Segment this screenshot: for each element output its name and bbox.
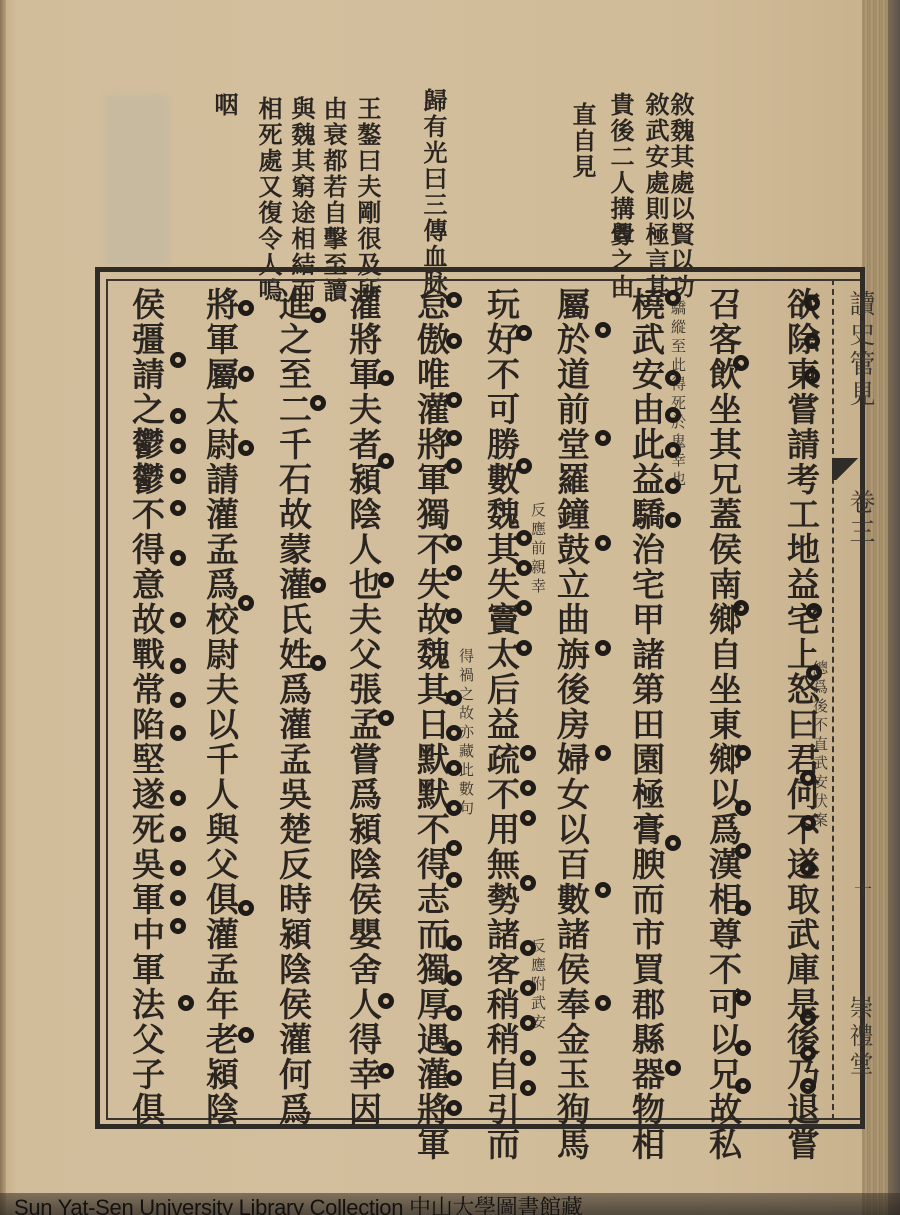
emphasis-circle-mark <box>170 658 186 674</box>
emphasis-circle-mark <box>170 918 186 934</box>
emphasis-circle-mark <box>446 1005 462 1021</box>
emphasis-circle-mark <box>446 430 462 446</box>
emphasis-circle-mark <box>446 565 462 581</box>
main-text-column: 灌將軍夫者潁陰人也夫父張孟嘗爲潁陰侯嬰舍人得幸因 <box>345 287 381 1117</box>
emphasis-circle-mark <box>665 1060 681 1076</box>
emphasis-circle-mark <box>446 872 462 888</box>
emphasis-circle-mark <box>170 468 186 484</box>
emphasis-circle-mark <box>800 1045 816 1061</box>
banxin-volume: 卷三 <box>842 488 879 548</box>
emphasis-circle-mark <box>800 1010 816 1026</box>
emphasis-circle-mark <box>170 826 186 842</box>
emphasis-circle-mark <box>516 458 532 474</box>
emphasis-circle-mark <box>800 860 816 876</box>
emphasis-circle-mark <box>735 800 751 816</box>
emphasis-circle-mark <box>446 690 462 706</box>
emphasis-circle-mark <box>446 1100 462 1116</box>
emphasis-circle-mark <box>804 333 820 349</box>
emphasis-circle-mark <box>170 550 186 566</box>
emphasis-circle-mark <box>446 840 462 856</box>
emphasis-circle-mark <box>378 1063 394 1079</box>
emphasis-circle-mark <box>170 860 186 876</box>
interlinear-note: 反應前親幸 <box>530 502 546 597</box>
emphasis-circle-mark <box>520 940 536 956</box>
main-text-column: 將軍屬太尉請灌孟爲校尉夫以千人與父俱灌孟年老潁陰 <box>202 287 238 1117</box>
emphasis-circle-mark <box>516 640 532 656</box>
emphasis-circle-mark <box>665 442 681 458</box>
emphasis-circle-mark <box>310 307 326 323</box>
emphasis-circle-mark <box>446 1040 462 1056</box>
emphasis-circle-mark <box>378 453 394 469</box>
emphasis-circle-mark <box>238 900 254 916</box>
emphasis-circle-mark <box>735 1040 751 1056</box>
emphasis-circle-mark <box>595 430 611 446</box>
library-watermark: Sun Yat-Sen University Library Collectio… <box>14 1191 583 1215</box>
emphasis-circle-mark <box>516 325 532 341</box>
emphasis-circle-mark <box>516 560 532 576</box>
emphasis-circle-mark <box>595 322 611 338</box>
emphasis-circle-mark <box>806 603 822 619</box>
emphasis-circle-mark <box>733 355 749 371</box>
emphasis-circle-mark <box>804 295 820 311</box>
emphasis-circle-mark <box>310 395 326 411</box>
emphasis-circle-mark <box>595 640 611 656</box>
emphasis-circle-mark <box>520 810 536 826</box>
emphasis-circle-mark <box>520 875 536 891</box>
emphasis-circle-mark <box>378 370 394 386</box>
emphasis-circle-mark <box>446 333 462 349</box>
emphasis-circle-mark <box>178 995 194 1011</box>
emphasis-circle-mark <box>735 843 751 859</box>
upper-annotation: 咽 <box>212 92 236 118</box>
emphasis-circle-mark <box>378 572 394 588</box>
emphasis-circle-mark <box>310 655 326 671</box>
emphasis-circle-mark <box>800 1078 816 1094</box>
emphasis-circle-mark <box>733 600 749 616</box>
emphasis-circle-mark <box>595 995 611 1011</box>
main-text-column: 屬於道前堂羅鐘鼓立曲旃後房婦女以百數諸侯奉金玉狗馬 <box>553 287 589 1117</box>
bleed-through-stain <box>105 95 170 265</box>
emphasis-circle-mark <box>595 535 611 551</box>
emphasis-circle-mark <box>735 745 751 761</box>
main-text-column: 橈武安由此益驕治宅甲諸第田園極膏腴而市買郡縣器物相 <box>628 287 664 1117</box>
emphasis-circle-mark <box>665 290 681 306</box>
emphasis-circle-mark <box>446 760 462 776</box>
emphasis-circle-mark <box>170 352 186 368</box>
emphasis-circle-mark <box>170 692 186 708</box>
main-text-column: 進之至二千石故蒙灌氏姓爲灌孟吳楚反時潁陰侯灌何爲 <box>275 287 311 1117</box>
emphasis-circle-mark <box>520 780 536 796</box>
upper-annotation: 歸有光曰三傳血脉 <box>421 88 445 296</box>
emphasis-circle-mark <box>378 993 394 1009</box>
emphasis-circle-mark <box>238 440 254 456</box>
emphasis-circle-mark <box>310 577 326 593</box>
banxin-publisher: 崇禮堂 <box>842 995 877 1079</box>
interlinear-note: 總爲後不直武安伏案 <box>812 660 828 831</box>
emphasis-circle-mark <box>804 368 820 384</box>
emphasis-circle-mark <box>446 392 462 408</box>
main-text-column: 侯彊請之鬱鬱不得意故戰常陷堅遂死吳軍中軍法父子俱 <box>128 287 164 1117</box>
emphasis-circle-mark <box>735 990 751 1006</box>
emphasis-circle-mark <box>735 900 751 916</box>
emphasis-circle-mark <box>516 530 532 546</box>
emphasis-circle-mark <box>665 478 681 494</box>
banxin-divider <box>832 279 834 1120</box>
emphasis-circle-mark <box>238 366 254 382</box>
emphasis-circle-mark <box>665 407 681 423</box>
emphasis-circle-mark <box>446 458 462 474</box>
interlinear-note: 驕縱至此得死於鬼幸也 <box>670 300 686 490</box>
emphasis-circle-mark <box>446 535 462 551</box>
emphasis-circle-mark <box>170 612 186 628</box>
emphasis-circle-mark <box>520 1050 536 1066</box>
emphasis-circle-mark <box>446 800 462 816</box>
emphasis-circle-mark <box>665 512 681 528</box>
banxin-title: 讀史管見 <box>842 290 879 410</box>
emphasis-circle-mark <box>170 725 186 741</box>
emphasis-circle-mark <box>665 370 681 386</box>
emphasis-circle-mark <box>520 1015 536 1031</box>
emphasis-circle-mark <box>446 725 462 741</box>
emphasis-circle-mark <box>170 408 186 424</box>
banxin-page-number: 十 <box>848 880 874 902</box>
emphasis-circle-mark <box>238 1027 254 1043</box>
emphasis-circle-mark <box>170 790 186 806</box>
emphasis-circle-mark <box>170 890 186 906</box>
emphasis-circle-mark <box>735 1078 751 1094</box>
emphasis-circle-mark <box>378 710 394 726</box>
emphasis-circle-mark <box>595 745 611 761</box>
emphasis-circle-mark <box>238 595 254 611</box>
left-page-fold <box>0 0 6 1215</box>
main-text-column: 玩好不可勝數魏其失竇太后益疏不用無勢諸客稍稍自引而 <box>483 287 519 1117</box>
emphasis-circle-mark <box>238 300 254 316</box>
emphasis-circle-mark <box>806 665 822 681</box>
emphasis-circle-mark <box>446 292 462 308</box>
emphasis-circle-mark <box>170 500 186 516</box>
emphasis-circle-mark <box>595 882 611 898</box>
main-text-column: 怠傲唯灌將軍獨不失故魏其日默默不得志而獨厚遇灌將軍 <box>413 287 449 1117</box>
emphasis-circle-mark <box>800 770 816 786</box>
emphasis-circle-mark <box>446 970 462 986</box>
emphasis-circle-mark <box>520 1080 536 1096</box>
fishtail-mark <box>832 458 862 480</box>
emphasis-circle-mark <box>800 815 816 831</box>
emphasis-circle-mark <box>665 835 681 851</box>
book-spine-shadow <box>888 0 900 1215</box>
emphasis-circle-mark <box>446 1070 462 1086</box>
emphasis-circle-mark <box>516 600 532 616</box>
emphasis-circle-mark <box>446 608 462 624</box>
upper-annotation: 直自見 <box>570 102 594 180</box>
emphasis-circle-mark <box>170 438 186 454</box>
emphasis-circle-mark <box>520 980 536 996</box>
emphasis-circle-mark <box>446 935 462 951</box>
emphasis-circle-mark <box>520 745 536 761</box>
